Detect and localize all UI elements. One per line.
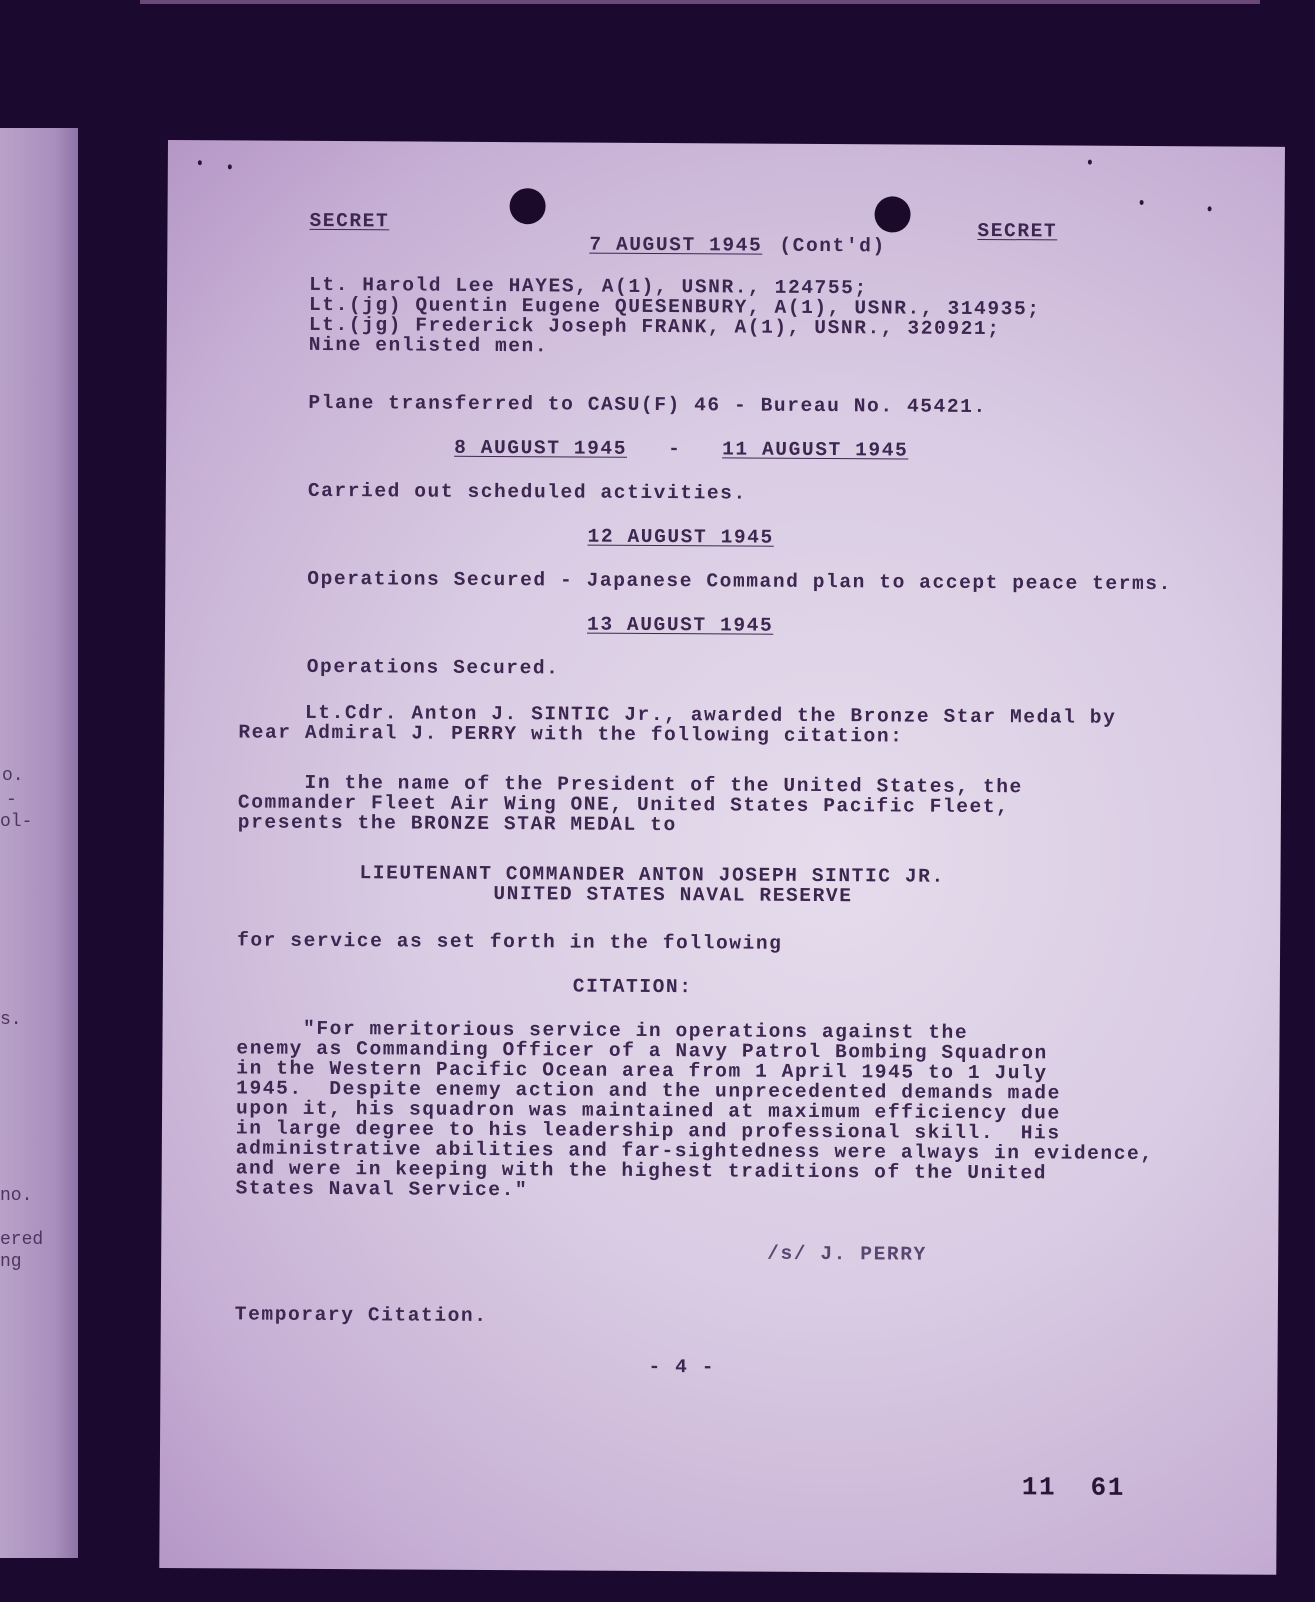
classification-marking-left: SECRET bbox=[309, 211, 389, 231]
plane-transfer-text: Plane transferred to CASU(F) 46 - Bureau… bbox=[308, 393, 987, 417]
header-suffix: (Cont'd) bbox=[779, 236, 886, 257]
punch-hole bbox=[874, 196, 910, 232]
entry-date-separator: - bbox=[668, 439, 681, 459]
citation-heading: CITATION: bbox=[573, 976, 693, 997]
film-edge-strip bbox=[140, 0, 1260, 4]
entry-date-to: 11 AUGUST 1945 bbox=[722, 439, 908, 460]
frame-number: 11 61 bbox=[1022, 1477, 1125, 1498]
signature: /s/ J. PERRY bbox=[767, 1244, 927, 1265]
fragment-text: ng bbox=[0, 1252, 22, 1272]
document-page: SECRET SECRET 7 AUGUST 1945 (Cont'd) Lt.… bbox=[159, 140, 1285, 1575]
recipient-branch: UNITED STATES NAVAL RESERVE bbox=[493, 884, 852, 906]
entry-date: 13 AUGUST 1945 bbox=[587, 615, 773, 636]
fragment-text: - bbox=[6, 790, 17, 810]
entry-text: Carried out scheduled activities. bbox=[308, 481, 747, 504]
speck bbox=[198, 160, 202, 165]
adjacent-page-fragment: o. - ol- s. no. ered ng bbox=[0, 128, 78, 1558]
fragment-text: o. bbox=[2, 766, 24, 786]
award-intro-line: Rear Admiral J. PERRY with the following… bbox=[238, 722, 903, 746]
entry-text: Operations Secured. bbox=[307, 657, 560, 679]
crew-line: Nine enlisted men. bbox=[309, 335, 549, 356]
presentation-line: presents the BRONZE STAR MEDAL to bbox=[238, 812, 677, 835]
speck bbox=[1208, 206, 1212, 211]
page-number: - 4 - bbox=[648, 1357, 715, 1377]
fragment-text: no. bbox=[0, 1186, 32, 1206]
classification-marking-right: SECRET bbox=[977, 221, 1057, 241]
footer-note: Temporary Citation. bbox=[235, 1304, 488, 1326]
speck bbox=[1088, 160, 1092, 165]
fragment-text: ol- bbox=[0, 812, 32, 832]
header-date: 7 AUGUST 1945 bbox=[589, 235, 762, 256]
speck bbox=[1140, 200, 1144, 205]
entry-date: 12 AUGUST 1945 bbox=[588, 527, 774, 548]
citation-line: States Naval Service." bbox=[236, 1178, 529, 1200]
entry-date-from: 8 AUGUST 1945 bbox=[454, 438, 627, 459]
entry-text: Operations Secured - Japanese Command pl… bbox=[307, 569, 1172, 594]
fragment-text: ered bbox=[0, 1230, 43, 1250]
fragment-text: s. bbox=[0, 1010, 22, 1030]
speck bbox=[228, 164, 232, 169]
punch-hole bbox=[509, 188, 545, 224]
service-line: for service as set forth in the followin… bbox=[237, 930, 783, 953]
